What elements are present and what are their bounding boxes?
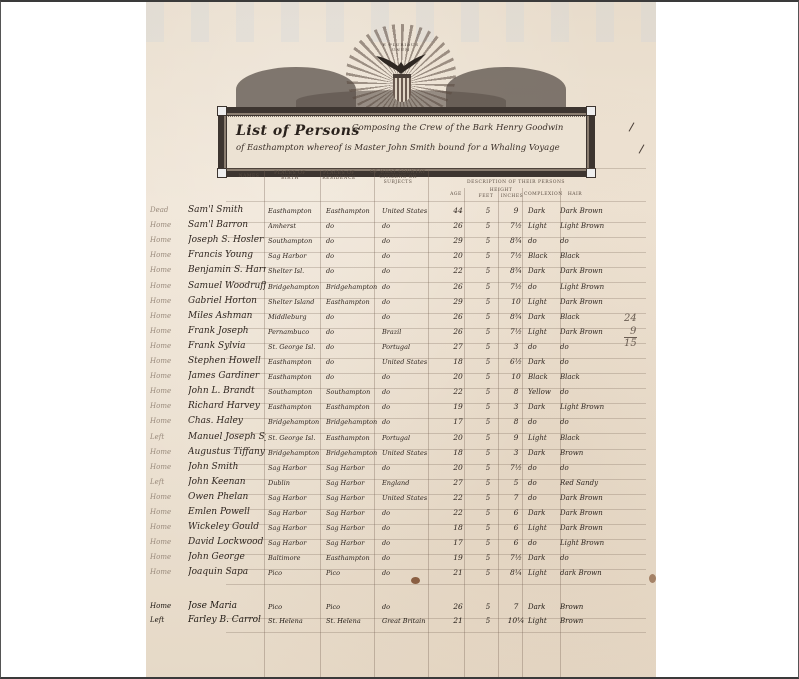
height-feet: 5 xyxy=(478,449,498,457)
height-feet: 5 xyxy=(478,343,498,351)
place-of-residence: do xyxy=(326,237,378,245)
place-of-birth: Pernambuco xyxy=(268,328,323,336)
crew-name: Joaquin Sapa xyxy=(188,567,266,577)
ink-stain xyxy=(411,577,420,584)
height-feet: 5 xyxy=(478,358,498,366)
age: 44 xyxy=(446,206,470,215)
frame-corner-ornament xyxy=(586,106,596,116)
pencil-mark xyxy=(639,144,645,153)
place-of-birth: Easthampton xyxy=(268,403,323,411)
crew-name: Emlen Powell xyxy=(188,507,266,517)
place-of-birth: St. George Isl. xyxy=(268,434,323,442)
margin-note: Left xyxy=(150,433,190,441)
height-inches: 7½ xyxy=(504,282,528,291)
citizenship: do xyxy=(382,283,438,291)
margin-note: Home xyxy=(150,493,190,501)
citizenship: United States xyxy=(382,494,438,502)
height-inches: 8¾ xyxy=(504,312,528,321)
height-feet: 5 xyxy=(478,373,498,381)
age: 26 xyxy=(446,282,470,291)
citizenship: do xyxy=(382,509,438,517)
height-feet: 5 xyxy=(478,403,498,411)
complexion: do xyxy=(528,343,560,351)
height-inches: 8 xyxy=(504,387,528,396)
place-of-birth: Easthampton xyxy=(268,373,323,381)
margin-note: Left xyxy=(150,478,190,486)
place-of-residence: Sag Harbor xyxy=(326,524,378,532)
citizenship: do xyxy=(382,388,438,396)
crew-name: Samuel Woodruff xyxy=(188,281,266,291)
citizenship: do xyxy=(382,603,438,611)
frame-corner-ornament xyxy=(586,168,596,178)
place-of-birth: Sag Harbor xyxy=(268,524,323,532)
margin-note: Home xyxy=(150,282,190,290)
height-inches: 6 xyxy=(504,523,528,532)
citizenship: do xyxy=(382,539,438,547)
hair-color: Light Brown xyxy=(560,222,620,230)
citizenship: do xyxy=(382,524,438,532)
crew-name: Benjamin S. Harris xyxy=(188,265,266,275)
complexion: Dark xyxy=(528,554,560,562)
place-of-birth: St. George Isl. xyxy=(268,343,323,351)
place-of-residence: do xyxy=(326,343,378,351)
hair-color: Red Sandy xyxy=(560,479,620,487)
header-residence: Places of Residence xyxy=(318,171,360,181)
citizenship: do xyxy=(382,298,438,306)
place-of-birth: Shelter Isl. xyxy=(268,267,323,275)
hair-color: do xyxy=(560,464,620,472)
place-of-birth: St. Helena xyxy=(268,617,323,625)
age: 26 xyxy=(446,327,470,336)
height-feet: 5 xyxy=(478,464,498,472)
hair-color: dark Brown xyxy=(560,569,620,577)
height-feet: 5 xyxy=(478,617,498,625)
height-inches: 5 xyxy=(504,478,528,487)
complexion: do xyxy=(528,237,560,245)
citizenship: do xyxy=(382,464,438,472)
height-feet: 5 xyxy=(478,603,498,611)
complexion: Light xyxy=(528,298,560,306)
margin-note: Home xyxy=(150,402,190,410)
crew-name: Jose Maria xyxy=(188,601,266,611)
citizenship: Portugal xyxy=(382,343,438,351)
crew-name: Sam'l Barron xyxy=(188,220,266,230)
margin-note: Left xyxy=(150,616,190,624)
complexion: do xyxy=(528,283,560,291)
complexion: Dark xyxy=(528,313,560,321)
height-inches: 7½ xyxy=(504,553,528,562)
place-of-residence: Bridgehampton xyxy=(326,283,378,291)
place-of-residence: Pico xyxy=(326,569,378,577)
margin-note: Home xyxy=(150,312,190,320)
header-birth: Places of Birth xyxy=(270,171,310,181)
pencil-mark xyxy=(629,122,635,131)
hair-color: Dark Brown xyxy=(560,207,620,215)
margin-note: Home xyxy=(150,221,190,229)
place-of-birth: Sag Harbor xyxy=(268,509,323,517)
crew-name: Sam'l Smith xyxy=(188,205,266,215)
complexion: Dark xyxy=(528,449,560,457)
place-of-birth: Southampton xyxy=(268,237,323,245)
title-line-1: Composing the Crew of the Bark Henry Goo… xyxy=(352,123,563,133)
margin-note: Home xyxy=(150,448,190,456)
hair-color: do xyxy=(560,418,620,426)
age: 26 xyxy=(446,312,470,321)
title-frame: List of Persons Composing the Crew of th… xyxy=(218,107,595,177)
hair-color: do xyxy=(560,237,620,245)
citizenship: United States xyxy=(382,358,438,366)
hair-color: do xyxy=(560,388,620,396)
height-feet: 5 xyxy=(478,509,498,517)
crew-name: John Keenan xyxy=(188,477,266,487)
citizenship: United States xyxy=(382,207,438,215)
crew-name: Miles Ashman xyxy=(188,311,266,321)
margin-note: Home xyxy=(150,251,190,259)
height-inches: 6 xyxy=(504,538,528,547)
hair-color: do xyxy=(560,554,620,562)
complexion: do xyxy=(528,494,560,502)
place-of-birth: Sag Harbor xyxy=(268,539,323,547)
margin-note: Home xyxy=(150,372,190,380)
complexion: Dark xyxy=(528,207,560,215)
age: 22 xyxy=(446,387,470,396)
place-of-birth: Bridgehampton xyxy=(268,283,323,291)
place-of-birth: Dublin xyxy=(268,479,323,487)
age: 26 xyxy=(446,602,470,611)
height-inches: 3 xyxy=(504,448,528,457)
header-complexion: Complexion xyxy=(524,192,562,197)
place-of-birth: Pico xyxy=(268,569,323,577)
hair-color: Black xyxy=(560,313,620,321)
height-feet: 5 xyxy=(478,328,498,336)
header-description: Description of Their Persons xyxy=(456,180,576,185)
complexion: Dark xyxy=(528,403,560,411)
margin-note: Home xyxy=(150,297,190,305)
height-inches: 6 xyxy=(504,508,528,517)
place-of-birth: Easthampton xyxy=(268,358,323,366)
crew-name: Stephen Howell xyxy=(188,356,266,366)
hair-color: do xyxy=(560,358,620,366)
height-feet: 5 xyxy=(478,298,498,306)
place-of-residence: do xyxy=(326,222,378,230)
height-feet: 5 xyxy=(478,237,498,245)
table-row: HomeJoaquin SapaPicoPicodo2158¼Lightdark… xyxy=(146,564,656,586)
age: 27 xyxy=(446,342,470,351)
height-feet: 5 xyxy=(478,207,498,215)
hair-color: Brown xyxy=(560,617,620,625)
margin-note: Dead xyxy=(150,206,190,214)
height-inches: 8¾ xyxy=(504,236,528,245)
margin-note: Home xyxy=(150,387,190,395)
height-feet: 5 xyxy=(478,479,498,487)
place-of-residence: do xyxy=(326,373,378,381)
height-inches: 3 xyxy=(504,342,528,351)
crew-name: Richard Harvey xyxy=(188,401,266,411)
margin-note: Home xyxy=(150,463,190,471)
header-citizenship: Of What Country Citizens or Subjects xyxy=(368,170,428,185)
complexion: do xyxy=(528,464,560,472)
hair-color: Dark Brown xyxy=(560,267,620,275)
place-of-birth: Amherst xyxy=(268,222,323,230)
age: 27 xyxy=(446,478,470,487)
complexion: Yellow xyxy=(528,388,560,396)
place-of-birth: Sag Harbor xyxy=(268,252,323,260)
complexion: Dark xyxy=(528,358,560,366)
emblem-motto: E PLURIBUS UNUM xyxy=(376,42,426,52)
height-feet: 5 xyxy=(478,388,498,396)
place-of-residence: do xyxy=(326,328,378,336)
crew-name: Joseph S. Hosler xyxy=(188,235,266,245)
hair-color: Dark Brown xyxy=(560,509,620,517)
crew-name: David Lockwood xyxy=(188,537,266,547)
crew-name: Gabriel Horton xyxy=(188,296,266,306)
crew-name: Augustus Tiffany xyxy=(188,447,266,457)
margin-note: Home xyxy=(150,236,190,244)
ink-stain xyxy=(649,574,656,583)
age: 20 xyxy=(446,251,470,260)
age: 19 xyxy=(446,402,470,411)
header-inches: Inches xyxy=(500,194,524,199)
citizenship: do xyxy=(382,267,438,275)
crew-name: Frank Sylvia xyxy=(188,341,266,351)
place-of-residence: Sag Harbor xyxy=(326,479,378,487)
hair-color: Brown xyxy=(560,603,620,611)
place-of-birth: Easthampton xyxy=(268,207,323,215)
place-of-birth: Bridgehampton xyxy=(268,418,323,426)
complexion: Black xyxy=(528,252,560,260)
place-of-residence: Sag Harbor xyxy=(326,494,378,502)
height-inches: 8¾ xyxy=(504,266,528,275)
height-feet: 5 xyxy=(478,569,498,577)
citizenship: do xyxy=(382,569,438,577)
place-of-residence: St. Helena xyxy=(326,617,378,625)
complexion: Light xyxy=(528,222,560,230)
place-of-residence: Bridgehampton xyxy=(326,449,378,457)
crew-name: John L. Brandt xyxy=(188,386,266,396)
height-feet: 5 xyxy=(478,418,498,426)
crew-name: Owen Phelan xyxy=(188,492,266,502)
height-inches: 10¼ xyxy=(504,616,528,625)
hair-color: Light Brown xyxy=(560,403,620,411)
age: 26 xyxy=(446,221,470,230)
complexion: Light xyxy=(528,569,560,577)
crew-name: James Gardiner xyxy=(188,371,266,381)
age: 21 xyxy=(446,568,470,577)
height-inches: 9 xyxy=(504,433,528,442)
age: 22 xyxy=(446,266,470,275)
shield-icon xyxy=(393,74,411,102)
place-of-birth: Sag Harbor xyxy=(268,494,323,502)
margin-note: Home xyxy=(150,342,190,350)
row-rule xyxy=(226,584,646,585)
margin-note: Home xyxy=(150,327,190,335)
age: 29 xyxy=(446,236,470,245)
height-feet: 5 xyxy=(478,539,498,547)
complexion: Light xyxy=(528,524,560,532)
margin-note: Home xyxy=(150,602,190,610)
crew-name: Farley B. Carrol xyxy=(188,615,266,625)
citizenship: do xyxy=(382,554,438,562)
hair-color: Black xyxy=(560,434,620,442)
table-row: LeftFarley B. CarrolSt. HelenaSt. Helena… xyxy=(146,612,656,634)
citizenship: do xyxy=(382,252,438,260)
height-inches: 7½ xyxy=(504,463,528,472)
header-rule xyxy=(226,168,646,169)
complexion: Light xyxy=(528,434,560,442)
hair-color: Black xyxy=(560,373,620,381)
place-of-residence: Easthampton xyxy=(326,298,378,306)
age: 20 xyxy=(446,372,470,381)
crew-name: Manuel Joseph Sylvia xyxy=(188,432,266,442)
document-title: List of Persons xyxy=(236,123,360,139)
title-line-2: of Easthampton whereof is Master John Sm… xyxy=(236,143,560,153)
hair-color: Black xyxy=(560,252,620,260)
tally-top: 24 xyxy=(624,313,637,324)
hair-color: Light Brown xyxy=(560,283,620,291)
place-of-residence: Easthampton xyxy=(326,403,378,411)
crew-list-document: E PLURIBUS UNUM List of Persons Composin… xyxy=(146,2,656,679)
height-inches: 10 xyxy=(504,297,528,306)
crew-name: John Smith xyxy=(188,462,266,472)
height-inches: 9 xyxy=(504,206,528,215)
hair-color: Dark Brown xyxy=(560,494,620,502)
complexion: do xyxy=(528,539,560,547)
crew-name: Wickeley Gould xyxy=(188,522,266,532)
hair-color: Dark Brown xyxy=(560,298,620,306)
age: 19 xyxy=(446,553,470,562)
height-feet: 5 xyxy=(478,313,498,321)
complexion: Dark xyxy=(528,267,560,275)
height-feet: 5 xyxy=(478,283,498,291)
citizenship: do xyxy=(382,313,438,321)
margin-note: Home xyxy=(150,508,190,516)
margin-note: Home xyxy=(150,523,190,531)
frame-corner-ornament xyxy=(217,106,227,116)
height-feet: 5 xyxy=(478,524,498,532)
tally-bottom: 15 xyxy=(624,337,637,349)
eagle-emblem: E PLURIBUS UNUM xyxy=(236,22,566,112)
age: 22 xyxy=(446,508,470,517)
place-of-residence: Sag Harbor xyxy=(326,539,378,547)
height-feet: 5 xyxy=(478,252,498,260)
margin-note: Home xyxy=(150,568,190,576)
height-inches: 6½ xyxy=(504,357,528,366)
height-inches: 7½ xyxy=(504,251,528,260)
complexion: Dark xyxy=(528,509,560,517)
height-inches: 7½ xyxy=(504,327,528,336)
citizenship: Great Britain xyxy=(382,617,438,625)
place-of-birth: Sag Harbor xyxy=(268,464,323,472)
citizenship: do xyxy=(382,373,438,381)
header-feet: Feet xyxy=(476,194,496,199)
place-of-residence: do xyxy=(326,267,378,275)
height-feet: 5 xyxy=(478,222,498,230)
height-feet: 5 xyxy=(478,554,498,562)
age: 18 xyxy=(446,523,470,532)
age: 18 xyxy=(446,357,470,366)
citizenship: England xyxy=(382,479,438,487)
place-of-residence: Bridgehampton xyxy=(326,418,378,426)
hair-color: Brown xyxy=(560,449,620,457)
complexion: do xyxy=(528,479,560,487)
height-feet: 5 xyxy=(478,267,498,275)
citizenship: do xyxy=(382,237,438,245)
place-of-residence: Easthampton xyxy=(326,554,378,562)
hair-color: Light Brown xyxy=(560,539,620,547)
citizenship: Portugal xyxy=(382,434,438,442)
age: 18 xyxy=(446,448,470,457)
place-of-birth: Middleburg xyxy=(268,313,323,321)
header-height: Height xyxy=(486,188,516,193)
place-of-residence: do xyxy=(326,313,378,321)
tally-mid: 9 xyxy=(630,326,636,337)
complexion: Black xyxy=(528,373,560,381)
crew-name: Chas. Haley xyxy=(188,416,266,426)
height-inches: 8¼ xyxy=(504,568,528,577)
citizenship: do xyxy=(382,403,438,411)
margin-note: Home xyxy=(150,538,190,546)
age: 20 xyxy=(446,433,470,442)
age: 20 xyxy=(446,463,470,472)
height-inches: 7½ xyxy=(504,221,528,230)
height-inches: 8 xyxy=(504,417,528,426)
place-of-residence: Sag Harbor xyxy=(326,464,378,472)
height-feet: 5 xyxy=(478,494,498,502)
row-rule xyxy=(226,632,646,633)
margin-note: Home xyxy=(150,417,190,425)
place-of-residence: do xyxy=(326,252,378,260)
height-inches: 7 xyxy=(504,602,528,611)
place-of-residence: Easthampton xyxy=(326,207,378,215)
age: 17 xyxy=(446,417,470,426)
place-of-birth: Southampton xyxy=(268,388,323,396)
age: 21 xyxy=(446,616,470,625)
place-of-residence: Southampton xyxy=(326,388,378,396)
place-of-birth: Baltimore xyxy=(268,554,323,562)
place-of-birth: Bridgehampton xyxy=(268,449,323,457)
header-hair: Hair xyxy=(564,192,586,197)
citizenship: do xyxy=(382,418,438,426)
citizenship: United States xyxy=(382,449,438,457)
place-of-birth: Shelter Island xyxy=(268,298,323,306)
crew-name: Francis Young xyxy=(188,250,266,260)
age: 29 xyxy=(446,297,470,306)
complexion: do xyxy=(528,418,560,426)
height-inches: 10 xyxy=(504,372,528,381)
place-of-residence: Easthampton xyxy=(326,434,378,442)
height-feet: 5 xyxy=(478,434,498,442)
crew-name: John George xyxy=(188,552,266,562)
complexion: Light xyxy=(528,617,560,625)
eagle-icon xyxy=(376,52,426,74)
age: 17 xyxy=(446,538,470,547)
crew-name: Frank Joseph xyxy=(188,326,266,336)
hair-color: Dark Brown xyxy=(560,328,620,336)
age: 22 xyxy=(446,493,470,502)
hair-color: do xyxy=(560,343,620,351)
citizenship: do xyxy=(382,222,438,230)
height-inches: 7 xyxy=(504,493,528,502)
margin-note: Home xyxy=(150,357,190,365)
place-of-residence: Sag Harbor xyxy=(326,509,378,517)
citizenship: Brazil xyxy=(382,328,438,336)
margin-note: Home xyxy=(150,553,190,561)
hair-color: Dark Brown xyxy=(560,524,620,532)
margin-note: Home xyxy=(150,266,190,274)
place-of-residence: do xyxy=(326,358,378,366)
height-inches: 3 xyxy=(504,402,528,411)
place-of-birth: Pico xyxy=(268,603,323,611)
